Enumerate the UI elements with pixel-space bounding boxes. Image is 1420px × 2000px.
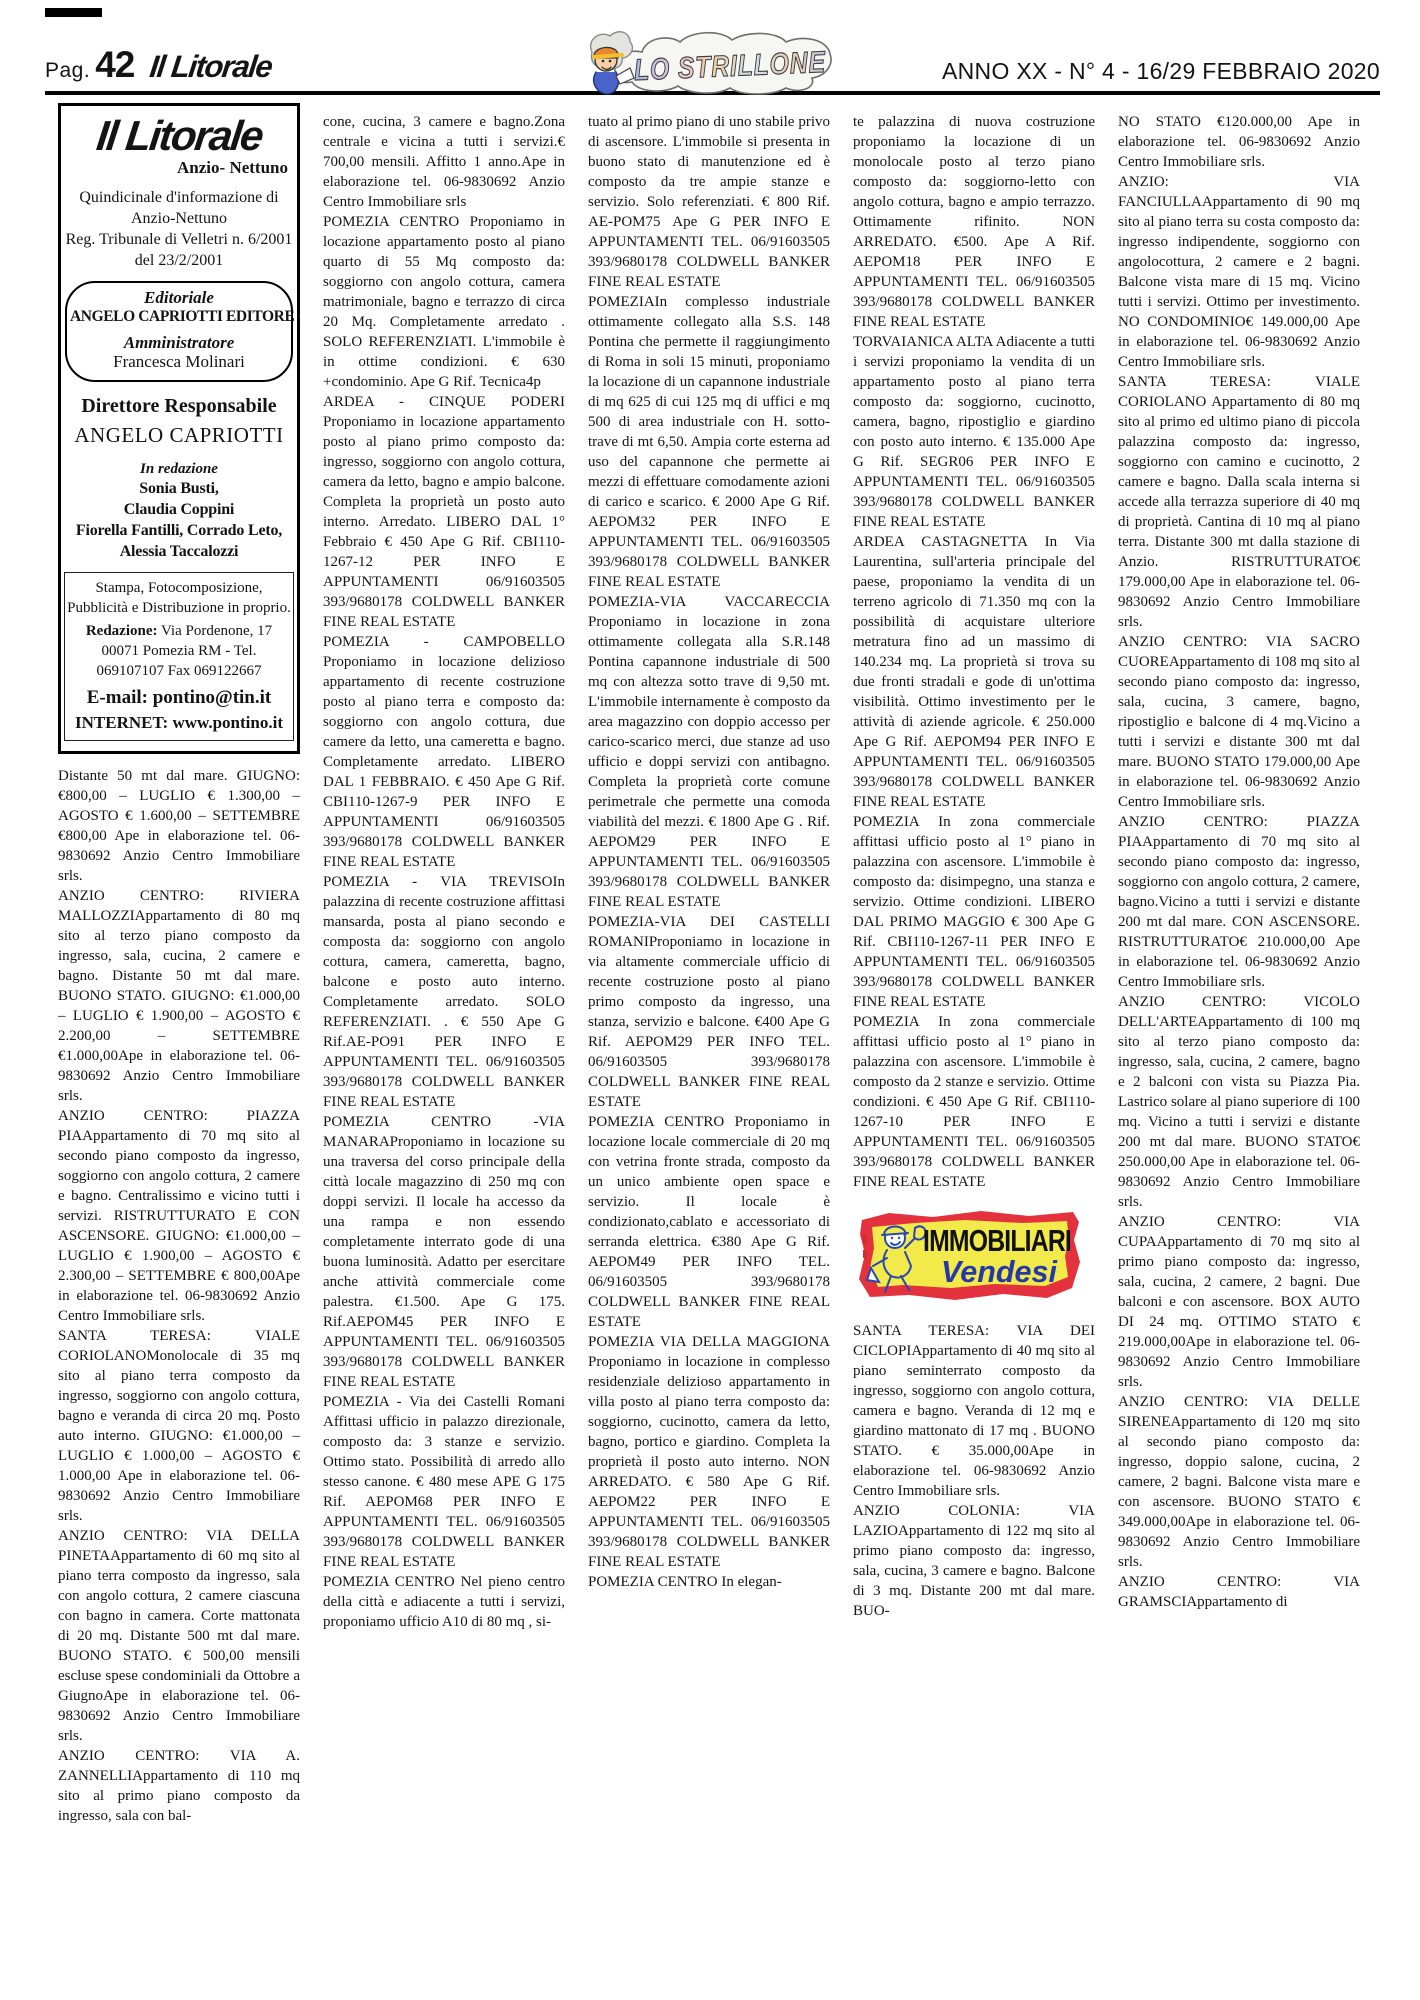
print-info: Stampa, Fotocomposizione, Pubblicità e D…: [67, 578, 291, 618]
listing-block: ANZIO: VIA FANCIULLAAppartamento di 90 m…: [1118, 172, 1360, 372]
listing-block: te palazzina di nuova costruzione propon…: [853, 112, 1095, 332]
masthead-box: Il Litorale Anzio- Nettuno Quindicinale …: [58, 103, 300, 754]
staff-name: Fiorella Fantilli, Corrado Leto,: [64, 520, 294, 541]
staff-label: In redazione: [64, 461, 294, 478]
listing-block: ANZIO CENTRO: VIA A. ZANNELLIAppartament…: [58, 1746, 300, 1826]
staff-name: Claudia Coppini: [64, 499, 294, 520]
text-column-1: Il Litorale Anzio- Nettuno Quindicinale …: [58, 103, 300, 1940]
listing-block: cone, cucina, 3 camere e bagno.Zona cent…: [323, 112, 565, 212]
listing-block: SANTA TERESA: VIA DEI CICLOPIAppartament…: [853, 1321, 1095, 1501]
listing-block: Distante 50 mt dal mare. GIUGNO: €800,00…: [58, 766, 300, 886]
listing-block: TORVAIANICA ALTA Adiacente a tutti i ser…: [853, 332, 1095, 532]
admin-label: Amministratore: [70, 333, 288, 352]
listing-block: ANZIO CENTRO: RIVIERA MALLOZZIAppartamen…: [58, 886, 300, 1106]
listing-block: POMEZIA - CAMPOBELLO Proponiamo in locaz…: [323, 632, 565, 872]
listing-block: SANTA TERESA: VIALE CORIOLANO Appartamen…: [1118, 372, 1360, 632]
vendesi-badge: IMMOBILIARI Vendesi: [857, 1208, 1085, 1307]
listing-block: POMEZIA In zona commerciale affittasi uf…: [853, 1012, 1095, 1192]
badge-subtitle: Vendesi: [941, 1254, 1058, 1289]
editorial-name: ANGELO CAPRIOTTI EDITORE s.r.l.: [70, 307, 288, 326]
column-3-listings: tuato al primo piano di uno stabile priv…: [588, 112, 830, 1592]
masthead-subtitle: Anzio- Nettuno: [64, 158, 294, 178]
admin-name: Francesca Molinari: [70, 352, 288, 371]
listing-block: ARDEA CASTAGNETTA In Via Laurentina, sul…: [853, 532, 1095, 812]
text-column-4: te palazzina di nuova costruzione propon…: [853, 112, 1095, 1940]
editorial-oval: Editoriale ANGELO CAPRIOTTI EDITORE s.r.…: [65, 281, 293, 382]
redazione-line: Redazione: Via Pordenone, 17 00071 Pomez…: [67, 621, 291, 681]
listing-block: ANZIO CENTRO: PIAZZA PIAAppartamento di …: [1118, 812, 1360, 992]
listing-block: POMEZIA CENTRO Proponiamo in locazione l…: [588, 1112, 830, 1332]
director-name: ANGELO CAPRIOTTI: [64, 423, 294, 448]
page-number: 42: [95, 44, 134, 86]
listing-block: SANTA TERESA: VIALE CORIOLANOMonolocale …: [58, 1326, 300, 1526]
column-4-listings-top: te palazzina di nuova costruzione propon…: [853, 112, 1095, 1192]
listing-block: ANZIO CENTRO: PIAZZA PIAAppartamento di …: [58, 1106, 300, 1326]
listing-block: ANZIO COLONIA: VIA LAZIOAppartamento di …: [853, 1501, 1095, 1621]
text-column-2: cone, cucina, 3 camere e bagno.Zona cent…: [323, 112, 565, 1940]
listing-block: ARDEA - CINQUE PODERI Proponiamo in loca…: [323, 392, 565, 632]
strillone-logo: LO STRILLONE: [572, 22, 834, 96]
listing-block: POMEZIA CENTRO Nel pieno centro della ci…: [323, 1572, 565, 1632]
masthead-registration: Reg. Tribunale di Velletri n. 6/2001 del…: [64, 229, 294, 271]
page-label: Pag.: [45, 59, 90, 83]
director-label: Direttore Responsabile: [64, 395, 294, 418]
text-column-5: NO STATO €120.000,00 Ape in elaborazione…: [1118, 112, 1360, 1940]
listing-block: POMEZIA - VIA TREVISOIn palazzina di rec…: [323, 872, 565, 1112]
listing-block: ANZIO CENTRO: VIA CUPAAppartamento di 70…: [1118, 1212, 1360, 1392]
newspaper-page: Pag. 42 Il Litorale ANNO XX - N° 4 - 16/…: [0, 0, 1420, 2000]
listing-block: POMEZIAIn complesso industriale ottimame…: [588, 292, 830, 592]
listing-block: ANZIO CENTRO: VIA DELLA PINETAAppartamen…: [58, 1526, 300, 1746]
corner-mark: [45, 8, 102, 17]
print-info-box: Stampa, Fotocomposizione, Pubblicità e D…: [64, 572, 294, 741]
staff-name: Sonia Busti,: [64, 478, 294, 499]
column-1-listings: Distante 50 mt dal mare. GIUGNO: €800,00…: [58, 766, 300, 1826]
listing-block: ANZIO CENTRO: VICOLO DELL'ARTEAppartamen…: [1118, 992, 1360, 1212]
listing-block: POMEZIA CENTRO Proponiamo in locazione a…: [323, 212, 565, 392]
listing-block: NO STATO €120.000,00 Ape in elaborazione…: [1118, 112, 1360, 172]
editorial-label: Editoriale: [70, 288, 288, 307]
listing-block: ANZIO CENTRO: VIA SACRO CUOREAppartament…: [1118, 632, 1360, 812]
column-4-listings-bottom: SANTA TERESA: VIA DEI CICLOPIAppartament…: [853, 1321, 1095, 1621]
listing-block: POMEZIA - Via dei Castelli Romani Affitt…: [323, 1392, 565, 1572]
column-5-listings: NO STATO €120.000,00 Ape in elaborazione…: [1118, 112, 1360, 1612]
header-left: Pag. 42 Il Litorale: [45, 44, 272, 86]
vendesi-badge-art: IMMOBILIARI Vendesi: [857, 1208, 1081, 1302]
masthead-title: Il Litorale: [94, 114, 264, 158]
listing-block: tuato al primo piano di uno stabile priv…: [588, 112, 830, 292]
staff-name: Alessia Taccalozzi: [64, 541, 294, 562]
internet-line: INTERNET: www.pontino.it: [67, 713, 291, 733]
email-line: E-mail: pontino@tin.it: [67, 687, 291, 709]
listing-block: ANZIO CENTRO: VIA GRAMSCIAppartamento di: [1118, 1572, 1360, 1612]
listing-block: POMEZIA CENTRO -VIA MANARAProponiamo in …: [323, 1112, 565, 1392]
badge-title: IMMOBILIARI: [923, 1223, 1071, 1258]
listing-block: POMEZIA VIA DELLA MAGGIONA Proponiamo in…: [588, 1332, 830, 1572]
staff-names: Sonia Busti,Claudia CoppiniFiorella Fant…: [64, 478, 294, 562]
masthead-tagline: Quindicinale d'informazione di Anzio-Net…: [64, 187, 294, 229]
text-column-3: tuato al primo piano di uno stabile priv…: [588, 112, 830, 1940]
redazione-label: Redazione:: [86, 623, 158, 639]
listing-block: POMEZIA CENTRO In elegan-: [588, 1572, 830, 1592]
column-2-listings: cone, cucina, 3 camere e bagno.Zona cent…: [323, 112, 565, 1632]
listing-block: POMEZIA-VIA VACCARECCIA Proponiamo in lo…: [588, 592, 830, 912]
issue-info: ANNO XX - N° 4 - 16/29 FEBBRAIO 2020: [942, 58, 1380, 85]
listing-block: POMEZIA In zona commerciale affittasi uf…: [853, 812, 1095, 1012]
paper-title: Il Litorale: [148, 49, 274, 85]
listing-block: ANZIO CENTRO: VIA DELLE SIRENEAppartamen…: [1118, 1392, 1360, 1572]
listing-block: POMEZIA-VIA DEI CASTELLI ROMANIProponiam…: [588, 912, 830, 1112]
